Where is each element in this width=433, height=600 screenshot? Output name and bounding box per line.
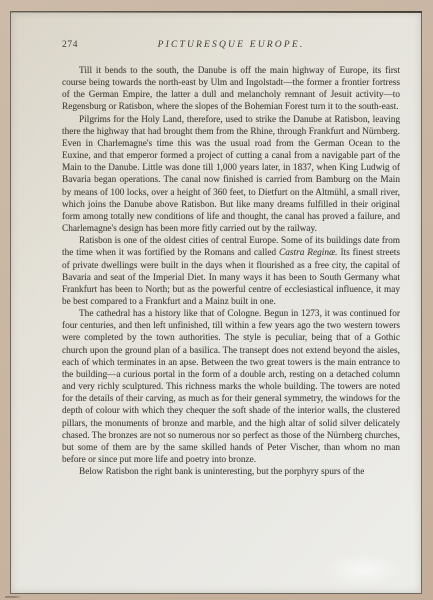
- text-run: Till it bends to the south, the Danube i…: [62, 66, 400, 112]
- paragraph: Till it bends to the south, the Danube i…: [62, 65, 400, 114]
- page-content: 274 PICTURESQUE EUROPE. Till it bends to…: [11, 12, 421, 478]
- page-number: 274: [62, 40, 78, 50]
- page-body: Till it bends to the south, the Danube i…: [62, 65, 400, 478]
- italic-text-run: Castra Reginæ.: [279, 248, 337, 258]
- paragraph: Ratisbon is one of the oldest cities of …: [62, 235, 400, 308]
- text-run: The cathedral has a history like that of…: [62, 309, 400, 465]
- book-page: 274 PICTURESQUE EUROPE. Till it bends to…: [10, 11, 422, 594]
- text-run: Below Ratisbon the right bank is uninter…: [79, 467, 364, 477]
- text-run: Pilgrims for the Holy Land, therefore, u…: [62, 115, 400, 234]
- worn-highlight: [323, 553, 403, 587]
- running-title: PICTURESQUE EUROPE.: [62, 40, 400, 50]
- running-head: 274 PICTURESQUE EUROPE.: [62, 40, 400, 52]
- paragraph: The cathedral has a history like that of…: [62, 308, 400, 466]
- paragraph: Pilgrims for the Holy Land, therefore, u…: [62, 114, 400, 236]
- printers-mark-artifact: [5, 596, 17, 598]
- paragraph: Below Ratisbon the right bank is uninter…: [62, 466, 400, 478]
